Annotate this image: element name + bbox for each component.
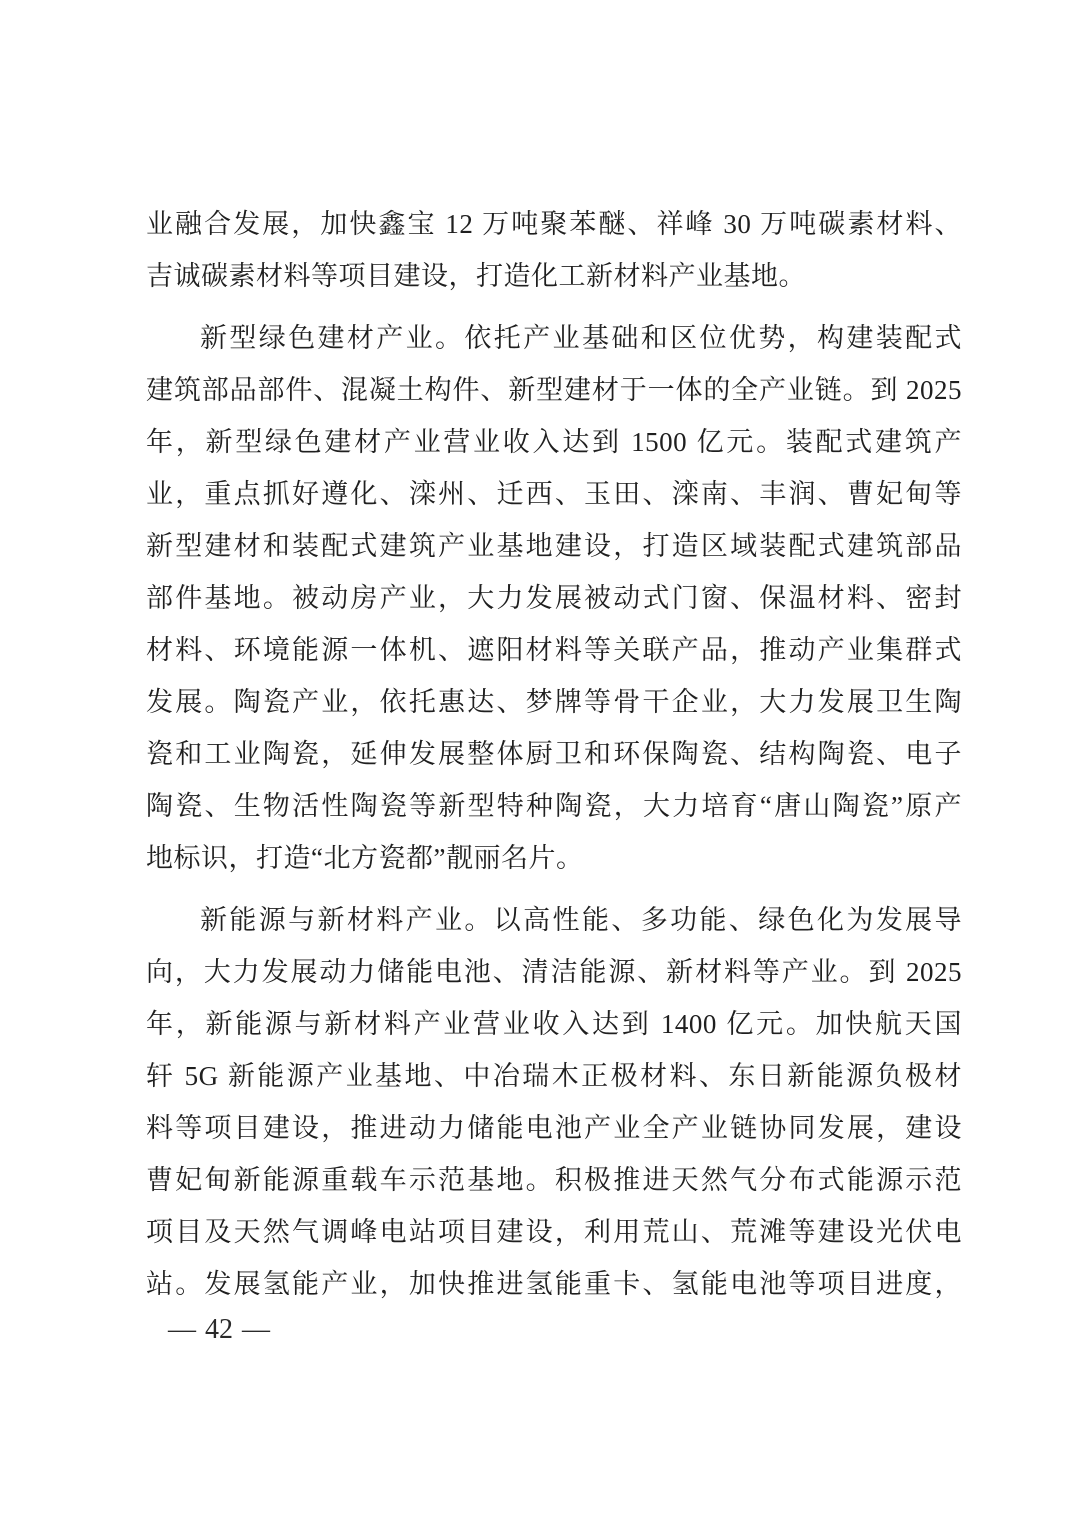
- paragraph: 业融合发展，加快鑫宝 12 万吨聚苯醚、祥峰 30 万吨碳素材料、吉诚碳素材料等…: [146, 198, 962, 302]
- text-line: 吉诚碳素材料等项目建设，打造化工新材料产业基地。: [146, 250, 962, 302]
- text-line: 曹妃甸新能源重载车示范基地。积极推进天然气分布式能源示范: [146, 1154, 962, 1206]
- text-line: 建筑部品部件、混凝土构件、新型建材于一体的全产业链。到 2025: [146, 364, 962, 416]
- text-line: 轩 5G 新能源产业基地、中冶瑞木正极材料、东日新能源负极材: [146, 1050, 962, 1102]
- text-line: 陶瓷、生物活性陶瓷等新型特种陶瓷，大力培育“唐山陶瓷”原产: [146, 780, 962, 832]
- page-footer: — 42 —: [168, 1310, 270, 1350]
- text-line: 站。发展氢能产业，加快推进氢能重卡、氢能电池等项目进度，: [146, 1258, 962, 1310]
- document-page: 业融合发展，加快鑫宝 12 万吨聚苯醚、祥峰 30 万吨碳素材料、吉诚碳素材料等…: [0, 0, 1080, 1526]
- text-line: 部件基地。被动房产业，大力发展被动式门窗、保温材料、密封: [146, 572, 962, 624]
- paragraph: 新能源与新材料产业。以高性能、多功能、绿色化为发展导向，大力发展动力储能电池、清…: [146, 894, 962, 1310]
- footer-dash-left: —: [168, 1314, 196, 1346]
- text-line: 新型建材和装配式建筑产业基地建设，打造区域装配式建筑部品: [146, 520, 962, 572]
- text-line: 料等项目建设，推进动力储能电池产业全产业链协同发展，建设: [146, 1102, 962, 1154]
- text-line: 项目及天然气调峰电站项目建设，利用荒山、荒滩等建设光伏电: [146, 1206, 962, 1258]
- footer-dash-right: —: [242, 1314, 270, 1346]
- text-line: 向，大力发展动力储能电池、清洁能源、新材料等产业。到 2025: [146, 946, 962, 998]
- text-line: 业融合发展，加快鑫宝 12 万吨聚苯醚、祥峰 30 万吨碳素材料、: [146, 198, 962, 250]
- text-line: 发展。陶瓷产业，依托惠达、梦牌等骨干企业，大力发展卫生陶: [146, 676, 962, 728]
- text-line: 年，新型绿色建材产业营业收入达到 1500 亿元。装配式建筑产: [146, 416, 962, 468]
- text-line: 新能源与新材料产业。以高性能、多功能、绿色化为发展导: [146, 894, 962, 946]
- paragraph: 新型绿色建材产业。依托产业基础和区位优势，构建装配式建筑部品部件、混凝土构件、新…: [146, 312, 962, 884]
- text-line: 瓷和工业陶瓷，延伸发展整体厨卫和环保陶瓷、结构陶瓷、电子: [146, 728, 962, 780]
- text-line: 业，重点抓好遵化、滦州、迁西、玉田、滦南、丰润、曹妃甸等: [146, 468, 962, 520]
- text-line: 年，新能源与新材料产业营业收入达到 1400 亿元。加快航天国: [146, 998, 962, 1050]
- text-block: 业融合发展，加快鑫宝 12 万吨聚苯醚、祥峰 30 万吨碳素材料、吉诚碳素材料等…: [146, 198, 962, 1310]
- text-line: 地标识，打造“北方瓷都”靓丽名片。: [146, 832, 962, 884]
- text-line: 新型绿色建材产业。依托产业基础和区位优势，构建装配式: [146, 312, 962, 364]
- page-number: 42: [205, 1314, 233, 1346]
- text-line: 材料、环境能源一体机、遮阳材料等关联产品，推动产业集群式: [146, 624, 962, 676]
